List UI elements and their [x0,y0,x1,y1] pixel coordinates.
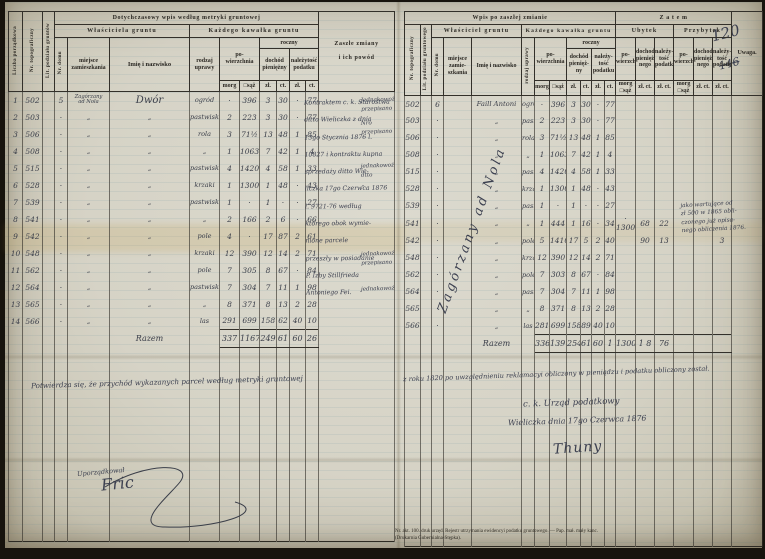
cell-dz: 17 [260,228,277,245]
left-table-title: Dotychczasowy wpis według metryki grunto… [55,12,319,25]
cell-name: „ [110,109,190,126]
group-przybytek: Przybytek [674,25,732,38]
cell-uprawa: „ [190,143,220,160]
cell-pm: · [220,92,240,109]
col-roczny: roczny [260,38,319,49]
cell-uprawa: pastwisko [522,163,535,180]
cell-dc: · [277,194,290,211]
cell-pb_d [694,129,713,146]
cell-lit [421,283,432,300]
col-pb-pow: po- wierzchni [674,38,694,81]
cell-ub_pd: 13 [655,232,674,249]
cell-dom: · [55,109,68,126]
cell-ps: 303 [550,266,567,283]
cell-dz: 158 [567,317,581,334]
cell-pm: · [535,95,550,112]
cell-pc: 85 [605,129,616,146]
cell-ps: 223 [240,109,260,126]
cell-pb_p [674,249,694,266]
cell-pc: 40 [605,232,616,249]
cell-topo: 528 [23,177,43,194]
cell-uprawa: pastwisko [522,112,535,129]
cell-pm: 8 [220,296,240,313]
cell-pb_p [674,266,694,283]
cell-ps: 1410 [550,232,567,249]
cell-pb_d [694,112,713,129]
cell-name: „ [110,228,190,245]
cell-dc: 16 [581,214,592,232]
cell-pb_p [674,112,694,129]
cell-pb_pd [713,249,732,266]
cell-pb_pd [713,95,732,112]
cell-uw [732,300,763,317]
unit-zl: zł. [290,81,306,92]
cell-ps: 71½ [550,129,567,146]
group-owner: Właściciel gruntu [432,25,522,38]
cell-pz: 1 [592,283,605,300]
cell-dom: · [432,249,444,266]
cell-dc: 30 [581,95,592,112]
cell-pm: 1 [535,180,550,197]
col-name: Imię i nazwisko [110,38,190,92]
col-dochod: dochód pieniężny [260,49,290,81]
cell-ps: · [240,228,260,245]
totals-row: Razem33613972546160113001 876 [405,334,763,352]
cell-dom: · [55,177,68,194]
cell-pm: 3 [220,126,240,143]
cell-uprawa: pole [522,266,535,283]
cell-pm: 1 [535,146,550,163]
cell-pb_p [674,300,694,317]
cell-dom: · [432,129,444,146]
cell-pz: · [592,180,605,197]
cell-uprawa: pastwisko [522,283,535,300]
cell-dz: 158 [260,313,277,330]
cell-lit [43,143,55,160]
cell-topo: 515 [23,160,43,177]
cell-ps: 223 [550,112,567,129]
cell-topo: 502 [405,95,421,112]
cell-pz: · [592,197,605,214]
cell-lp: 2 [9,109,23,126]
cell-dc: 30 [277,109,290,126]
cell-pm: 12 [220,245,240,262]
cell-pb_pd [713,112,732,129]
cell-miejsce: Zagórzany ad Nola [68,92,110,109]
cell-ub_pd [655,95,674,112]
cell-pz: 1 [592,129,605,146]
cell-pc: 71 [605,249,616,266]
col-topo: Nr. topograficzny [23,12,43,92]
cell-dom: · [55,126,68,143]
cell-miejsce: „ [68,313,110,330]
col-lp: Liczba porządkowa [9,12,23,92]
cell-pb_pd [713,300,732,317]
cell-topo: 565 [405,300,421,317]
cell-ps: 304 [240,279,260,296]
cell-pb_d [694,95,713,112]
unit-pow-pair: morg □sąż [616,81,636,96]
cell-dom: · [55,211,68,228]
cell-topo: 548 [405,249,421,266]
cell-ub_d [636,300,655,317]
cell-dom: · [55,296,68,313]
col-pow: po- wierzchnia [535,38,567,81]
cell-pz: 40 [290,313,306,330]
cell-dz: 4 [260,160,277,177]
cell-dc: 61 [581,334,592,352]
totals-row: Razem3371167249616026 [9,330,395,348]
col-topo: Nr. topograficzny [405,25,421,96]
cell-pz: · [290,211,306,228]
cell-lit [421,249,432,266]
cell-dz: 8 [260,262,277,279]
cell-ub_pd [655,129,674,146]
cell-dc: 11 [277,279,290,296]
cell-ub_p [616,283,636,300]
cell-pz: 1 [290,126,306,143]
cell-dc: 13 [581,300,592,317]
cell-pb_pd: 3 [713,232,732,249]
cell-name: „ [110,177,190,194]
cell-pz: 40 [592,317,605,334]
cell-uprawa [522,334,535,352]
cell-dc: 48 [581,129,592,146]
cell-dz: 2 [260,211,277,228]
cell-topo: 508 [23,143,43,160]
cell-dom: · [432,146,444,163]
cell-ub_p: · 1300 [616,214,636,232]
cell-pm: 1 [535,214,550,232]
cell-dom: · [55,228,68,245]
cell-ub_d [636,95,655,112]
cell-ub_p [616,249,636,266]
cell-ub_d [636,283,655,300]
cell-uprawa: pole [522,232,535,249]
cell-uw [732,163,763,180]
cell-dc: 67 [581,266,592,283]
right-table-title: Wpis po zaszłej zmianie [405,12,616,25]
cell-pm: 8 [535,300,550,317]
cell-zm [319,330,395,348]
cell-lit [421,266,432,283]
cell-ub_d [636,317,655,334]
cell-pb_d [694,146,713,163]
cell-pm: 2 [220,109,240,126]
cell-lp: 8 [9,211,23,228]
unit-money-pair: zł. ct. [713,81,732,96]
cell-pb_p [674,129,694,146]
cell-ub_d: 1 8 [636,334,655,352]
cell-miejsce: „ [68,228,110,245]
cell-ub_pd [655,317,674,334]
cell-lit [43,126,55,143]
cell-dz: 7 [567,283,581,300]
cell-uprawa: krzaki [190,245,220,262]
cell-pz: · [290,262,306,279]
cell-topo: 562 [405,266,421,283]
cell-pm: 3 [535,129,550,146]
group-parcel: Każdego kawałka gruntu [522,25,616,38]
unit-saz: □sąż [240,81,260,92]
document-scan: { "page": { "number_top": "120", "number… [0,0,765,559]
table-row: 506·„rola371½1348185 [405,129,763,146]
cell-pc: 98 [605,283,616,300]
table-row: 5026Faill Antoniogród·396330·77 [405,95,763,112]
col-name: Imię i nazwisko [472,38,522,96]
unit-saz: □sąż [550,81,567,96]
cell-dz: 1 [567,197,581,214]
cell-pc: 34 [605,214,616,232]
cell-pb_d [694,249,713,266]
cell-dom: · [432,232,444,249]
cell-dom: · [55,143,68,160]
cell-ub_d [636,129,655,146]
cell-lit [421,334,432,352]
cell-topo: 515 [405,163,421,180]
cell-pz: · [290,177,306,194]
unit-money-pair: zł. ct. [694,81,713,96]
cell-topo: 539 [23,194,43,211]
cell-dom: · [55,262,68,279]
empty-cell [522,352,535,546]
cell-lit [43,262,55,279]
cell-uprawa: „ [522,300,535,317]
cell-topo: 564 [405,283,421,300]
cell-dom: · [432,163,444,180]
cell-uw [732,112,763,129]
side-note: Nro przepisano [361,118,404,137]
cell-pm: 7 [535,283,550,300]
unit-money-pair: zł. ct. [655,81,674,96]
cell-dc: 87 [277,228,290,245]
cell-pz: 1 [290,160,306,177]
cell-dom: · [55,279,68,296]
cell-dz: 12 [260,245,277,262]
cell-pc: 26 [306,330,319,348]
cell-pm: 12 [535,249,550,266]
unit-morg: morg [535,81,550,96]
cell-pm: 1 [220,194,240,211]
cell-ps: 371 [240,296,260,313]
cell-ps: 390 [550,249,567,266]
cell-name: Razem [110,330,190,348]
cell-pm: 336 [535,334,550,352]
cell-lp: 6 [9,177,23,194]
cell-dc: 89 [581,317,592,334]
cell-lit [43,313,55,330]
cell-uprawa: krzaki [522,249,535,266]
cell-ub_pd [655,163,674,180]
cell-lit [421,180,432,197]
cell-ps: 1420 [240,160,260,177]
cell-pm: 2 [220,211,240,228]
cell-pz: · [592,214,605,232]
cell-lit [421,146,432,163]
cell-dz: 3 [567,95,581,112]
cell-dc: 42 [277,143,290,160]
table-row: 508·„„1106374214 [405,146,763,163]
cell-lit [43,211,55,228]
cell-pm: 1 [220,177,240,194]
cell-ub_p [616,300,636,317]
side-note: jednakowoż dtto „ [361,161,404,189]
cell-uprawa: las [190,313,220,330]
cell-dz: 1 [260,177,277,194]
table-row: 14566·„„las291699158624010 [9,313,395,330]
empty-cell [694,352,713,546]
cell-topo: 539 [405,197,421,214]
cell-pm: 7 [220,262,240,279]
cell-uprawa [190,330,220,348]
cell-dz: 1 [260,194,277,211]
cell-dz: 254 [567,334,581,352]
col-dom: Nr. domu [432,38,444,96]
cell-uprawa: rola [190,126,220,143]
cell-topo [23,330,43,348]
group-owner: Właściciela gruntu [55,25,190,38]
cell-pz: 2 [290,296,306,313]
cell-pb_pd [713,163,732,180]
cell-dz: 13 [567,129,581,146]
cell-ps: 699 [550,317,567,334]
cell-pb_p [674,95,694,112]
cell-dz: 3 [567,112,581,129]
cell-miejsce: „ [68,126,110,143]
cell-topo: 566 [405,317,421,334]
cell-ub_pd [655,249,674,266]
cell-miejsce: „ [68,296,110,313]
cell-ub_p: 1300 [616,334,636,352]
cell-pc: 4 [605,146,616,163]
cell-dz: 8 [567,300,581,317]
cell-dc: 61 [277,330,290,348]
cell-pb_pd [713,266,732,283]
table-row: 515·„pastwisko41420458133 [405,163,763,180]
cell-lit [43,177,55,194]
cell-pm: 281 [535,317,550,334]
cell-miejsce [444,129,472,146]
paper-sheet: 120 146 Liczba porządkowa Nr. topografic… [5,2,762,548]
cell-pz: 1 [290,143,306,160]
cell-pz: 1 [592,146,605,163]
cell-pb_d [694,163,713,180]
cell-uprawa: las [522,317,535,334]
cell-lit [43,279,55,296]
cell-ps: 1300 [550,180,567,197]
cell-lp: 12 [9,279,23,296]
cell-dz: 3 [260,109,277,126]
col-miejsce: miejsce zamieszkania [68,38,110,92]
col-uwaga: Uwaga. [732,12,763,96]
cell-dz: 8 [260,296,277,313]
cell-dom: · [432,197,444,214]
cell-lit [43,330,55,348]
cell-ub_pd [655,146,674,163]
cell-pb_pd [713,283,732,300]
table-row: 528·„krzaki11300148·43 [405,180,763,197]
cell-miejsce: „ [68,177,110,194]
group-ubytek: Ubytek [616,25,674,38]
cell-pz: 60 [592,334,605,352]
cell-pm: 7 [220,279,240,296]
cell-pz: 2 [592,300,605,317]
cell-lp: 7 [9,194,23,211]
cell-topo: 548 [23,245,43,262]
cell-name: „ [472,249,522,266]
side-note: Jednakowoż przepisano [361,95,404,114]
cell-dc: 48 [277,126,290,143]
col-roczny: roczny [567,38,616,49]
cell-pz: 2 [592,249,605,266]
cell-pb_d [694,283,713,300]
cell-topo: 562 [23,262,43,279]
cell-lit [421,214,432,232]
cell-dc: 48 [581,180,592,197]
cell-miejsce: „ [68,194,110,211]
cell-ub_pd [655,197,674,214]
cell-pz: · [592,112,605,129]
table-row: 503·„pastwisko2223330·77 [405,112,763,129]
cell-miejsce [444,146,472,163]
cell-ub_p [616,197,636,214]
cell-lp: 10 [9,245,23,262]
cell-dom [55,330,68,348]
cell-ps: 396 [550,95,567,112]
cell-lit [421,197,432,214]
cell-uw [732,129,763,146]
cell-dc: 13 [277,296,290,313]
cell-lit [421,112,432,129]
cell-ps: 304 [550,283,567,300]
cell-uw [732,95,763,112]
cell-dz: 12 [567,249,581,266]
cell-miejsce [444,95,472,112]
cell-miejsce: „ [68,109,110,126]
col-dom: Nr. domu [55,38,68,92]
empty-cell [535,352,550,546]
cell-pc: 27 [605,197,616,214]
cell-name: Faill Antoni [472,95,522,112]
cell-pz: · [592,266,605,283]
cell-name: „ [110,126,190,143]
cell-dc: 67 [277,262,290,279]
cell-lp [9,330,23,348]
cell-pm: 4 [220,160,240,177]
cell-lp: 4 [9,143,23,160]
cell-uprawa: rola [522,129,535,146]
cell-zm [319,313,395,330]
col-pow: po- wierzchnia [220,38,260,81]
cell-dc: 30 [581,112,592,129]
empty-cell [674,352,694,546]
empty-cell [605,352,616,546]
cell-uw [732,146,763,163]
cell-miejsce [444,317,472,334]
cell-name: Dwór [110,92,190,109]
cell-pm: 291 [220,313,240,330]
signature-flourish [85,457,285,537]
cell-dc: 11 [581,283,592,300]
cell-uprawa: „ [190,296,220,313]
cell-name: „ [472,232,522,249]
cell-name: „ [472,300,522,317]
cell-miejsce [444,163,472,180]
cell-ub_p [616,95,636,112]
cell-pc: 28 [605,300,616,317]
cell-name: „ [110,143,190,160]
cell-pc: 33 [605,163,616,180]
